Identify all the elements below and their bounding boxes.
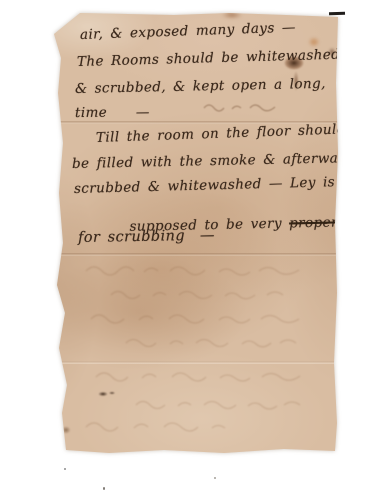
ink-bleed-through — [84, 263, 304, 277]
crossed-out-word: proper — [289, 214, 338, 231]
ink-bleed-through — [109, 287, 299, 301]
ink-speck-stain — [96, 389, 118, 398]
manuscript-line: Till the room on the floor should — [96, 121, 346, 146]
manuscript-text: useful — [338, 213, 386, 230]
manuscript-line: scrubbed & whitewashed — Ley is — [74, 174, 335, 197]
scanned-document-page: air, & exposed many days — The Rooms sho… — [0, 0, 386, 500]
ink-bleed-through — [94, 369, 304, 383]
manuscript-line: for scrubbing — — [78, 228, 215, 246]
manuscript-line: air, & exposed many days — — [80, 19, 296, 43]
manuscript-line: time — — [75, 104, 150, 121]
manuscript-line: be filled with the smoke & afterwards — [72, 150, 362, 172]
faded-writing-fragment — [202, 101, 282, 113]
manuscript-paper: air, & exposed many days — The Rooms sho… — [54, 13, 338, 454]
dust-speck — [64, 468, 66, 470]
manuscript-line: & scrubbed, & kept open a long, — [75, 76, 326, 97]
edge-dirt-stain — [58, 423, 74, 437]
manuscript-paper-wrap: air, & exposed many days — The Rooms sho… — [54, 13, 338, 454]
dust-speck — [214, 477, 216, 479]
ink-bleed-through — [124, 335, 304, 349]
manuscript-line: The Rooms should be whitewashed — [77, 47, 341, 70]
ink-bleed-through — [84, 419, 234, 433]
fold-crease — [54, 253, 338, 256]
ink-bleed-through — [134, 397, 304, 411]
fold-crease — [54, 361, 338, 364]
ink-bleed-through — [89, 311, 304, 325]
edge-smudge-stain — [214, 9, 250, 21]
dust-speck — [103, 487, 105, 490]
